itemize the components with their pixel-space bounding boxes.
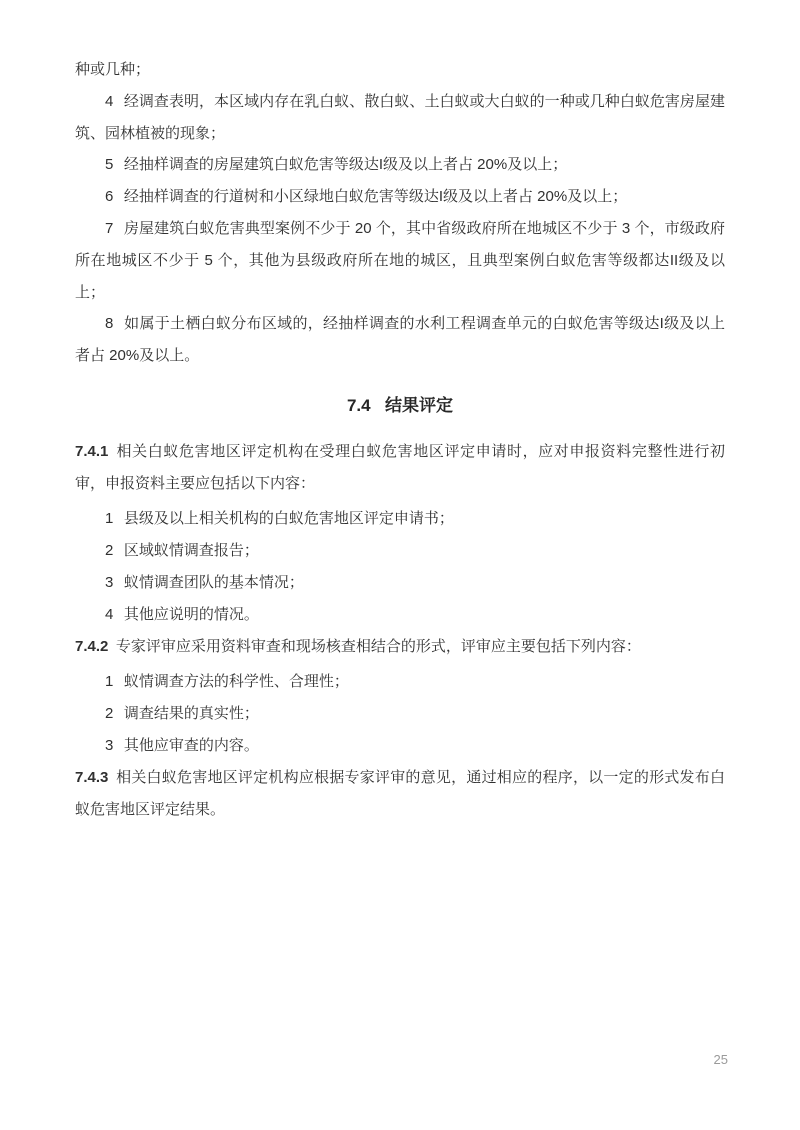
item-number: 2: [105, 705, 113, 722]
item-number: 3: [105, 574, 113, 591]
numbered-item: 6经抽样调查的行道树和小区绿地白蚁危害等级达I级及以上者占 20%及以上；: [75, 181, 725, 213]
list-7-4-1: 1县级及以上相关机构的白蚁危害地区评定申请书； 2区域蚁情调查报告； 3蚁情调查…: [75, 503, 725, 630]
list-7-4-2: 1蚁情调查方法的科学性、合理性； 2调查结果的真实性； 3其他应审查的内容。: [75, 666, 725, 761]
item-number: 1: [105, 673, 113, 690]
numbered-item: 4其他应说明的情况。: [75, 599, 725, 631]
item-text: 调查结果的真实性；: [124, 705, 259, 722]
item-text: 经调查表明，本区域内存在乳白蚁、散白蚁、土白蚁或大白蚁的一种或几种白蚁危害房屋建…: [75, 93, 725, 142]
section-heading-title: 结果评定: [385, 396, 453, 415]
document-page: 种或几种； 4经调查表明，本区域内存在乳白蚁、散白蚁、土白蚁或大白蚁的一种或几种…: [0, 0, 800, 1130]
clause-number: 7.4.3: [75, 769, 108, 786]
numbered-item: 3蚁情调查团队的基本情况；: [75, 567, 725, 599]
numbered-item: 2调查结果的真实性；: [75, 698, 725, 730]
clause-text: 相关白蚁危害地区评定机构应根据专家评审的意见，通过相应的程序，以一定的形式发布白…: [75, 769, 725, 818]
item-number: 3: [105, 737, 113, 754]
item-number: 8: [105, 315, 113, 332]
item-number: 5: [105, 156, 113, 173]
numbered-item: 7房屋建筑白蚁危害典型案例不少于 20 个，其中省级政府所在地城区不少于 3 个…: [75, 213, 725, 308]
item-number: 7: [105, 220, 113, 237]
item-number: 1: [105, 510, 113, 527]
numbered-item: 2区域蚁情调查报告；: [75, 535, 725, 567]
item-text: 房屋建筑白蚁危害典型案例不少于 20 个，其中省级政府所在地城区不少于 3 个，…: [75, 220, 725, 301]
numbered-item: 1蚁情调查方法的科学性、合理性；: [75, 666, 725, 698]
item-text: 其他应审查的内容。: [124, 737, 259, 754]
clause-number: 7.4.2: [75, 638, 108, 655]
item-text: 其他应说明的情况。: [124, 606, 259, 623]
item-text: 蚁情调查团队的基本情况；: [124, 574, 304, 591]
numbered-item: 1县级及以上相关机构的白蚁危害地区评定申请书；: [75, 503, 725, 535]
clause-7-4-3: 7.4.3相关白蚁危害地区评定机构应根据专家评审的意见，通过相应的程序，以一定的…: [75, 762, 725, 826]
clause-7-4-1: 7.4.1相关白蚁危害地区评定机构在受理白蚁危害地区评定申请时，应对申报资料完整…: [75, 436, 725, 500]
item-text: 如属于土栖白蚁分布区域的，经抽样调查的水利工程调查单元的白蚁危害等级达I级及以上…: [75, 315, 725, 364]
item-text: 经抽样调查的房屋建筑白蚁危害等级达I级及以上者占 20%及以上；: [124, 156, 567, 173]
numbered-item: 8如属于土栖白蚁分布区域的，经抽样调查的水利工程调查单元的白蚁危害等级达I级及以…: [75, 308, 725, 372]
page-number: 25: [714, 1052, 728, 1068]
section-heading-number: 7.4: [347, 396, 371, 415]
clause-text: 专家评审应采用资料审查和现场核查相结合的形式，评审应主要包括下列内容：: [116, 638, 641, 655]
numbered-item: 4经调查表明，本区域内存在乳白蚁、散白蚁、土白蚁或大白蚁的一种或几种白蚁危害房屋…: [75, 86, 725, 150]
clause-7-4-2: 7.4.2专家评审应采用资料审查和现场核查相结合的形式，评审应主要包括下列内容：: [75, 631, 725, 663]
clause-number: 7.4.1: [75, 443, 108, 460]
item-text: 蚁情调查方法的科学性、合理性；: [124, 673, 349, 690]
section-heading: 7.4结果评定: [75, 390, 725, 422]
clause-text: 相关白蚁危害地区评定机构在受理白蚁危害地区评定申请时，应对申报资料完整性进行初审…: [75, 443, 725, 492]
item-number: 4: [105, 93, 113, 110]
continuation-line: 种或几种；: [75, 54, 725, 86]
item-number: 4: [105, 606, 113, 623]
numbered-item: 3其他应审查的内容。: [75, 730, 725, 762]
item-text: 经抽样调查的行道树和小区绿地白蚁危害等级达I级及以上者占 20%及以上；: [124, 188, 627, 205]
item-text: 县级及以上相关机构的白蚁危害地区评定申请书；: [124, 510, 454, 527]
item-number: 6: [105, 188, 113, 205]
numbered-item: 5经抽样调查的房屋建筑白蚁危害等级达I级及以上者占 20%及以上；: [75, 149, 725, 181]
item-text: 区域蚁情调查报告；: [124, 542, 259, 559]
item-number: 2: [105, 542, 113, 559]
